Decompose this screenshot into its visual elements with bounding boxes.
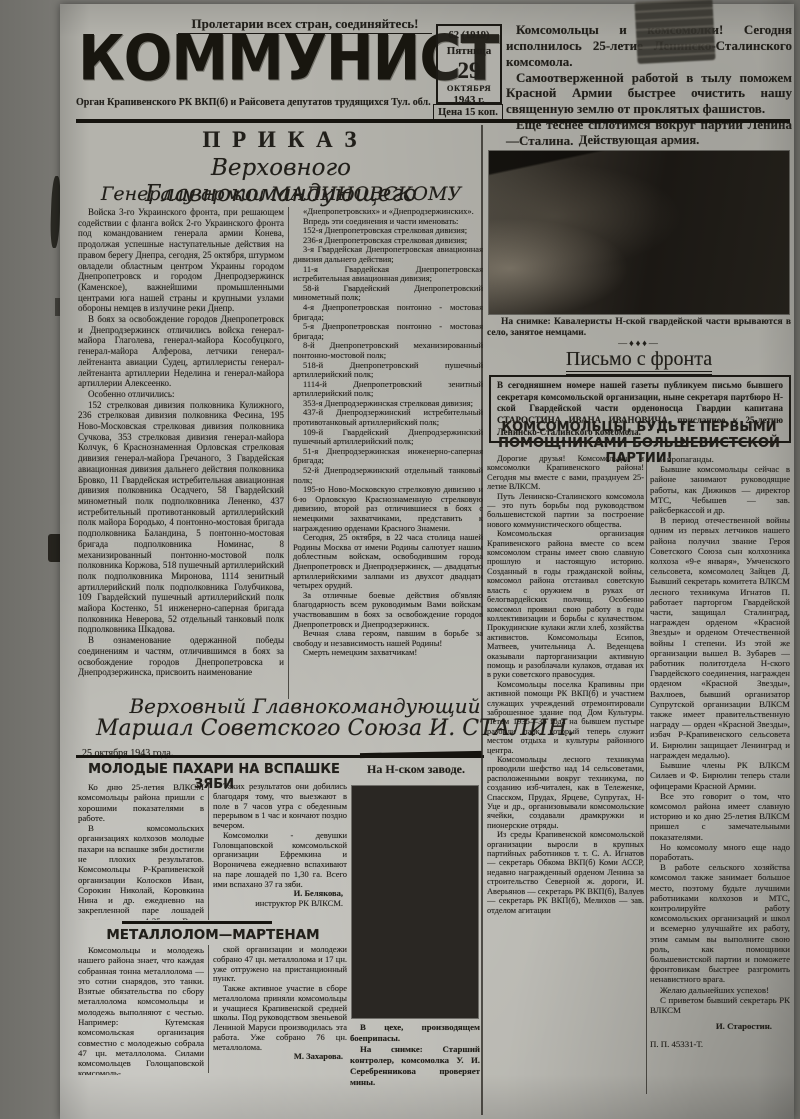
metal-paragraph: Также активное участие в сборе металлоло… [213,984,347,1052]
prikaz-paragraph: 1114-й Днепропетровский зенитный артилле… [293,380,483,399]
caption-line: На снимке: Старший контролер, комсомолка… [350,1044,480,1088]
metal-byline: М. Захарова. [213,1052,347,1062]
prikaz-paragraph: Сегодня, 25 октября, в 22 часа столица н… [293,533,483,591]
letter-paragraph: Бывшие комсомольцы сейчас в районе заним… [650,464,790,515]
army-photo [489,151,789,314]
prikaz-paragraph: Смерть немецким захватчикам! [293,648,483,658]
prikaz-paragraph: 51-я Днепродзержинская инженерно-саперна… [293,447,483,466]
pahari-column-1: Ко дню 25-летия ВЛКСМ комсомольцы района… [78,782,204,920]
prikaz-paragraph: 109-й Гвардейский Днепродзержинский пуше… [293,428,483,447]
metal-paragraph: Комсомольцы и молодежь нашего района зна… [78,945,204,1075]
letter-paragraph: Дорогие друзья! Комсомольцы и комсомолки… [487,454,644,492]
army-header: Действующая армия. [487,133,791,148]
prikaz-paragraph: 52-й Днепродзержинский отдельный танковы… [293,466,483,485]
issue-number: 62 (1919) [438,30,500,42]
letter-paragraph: и пропаганды. [650,454,790,464]
prikaz-title: П Р И К А З [78,127,484,153]
column-divider [288,207,289,699]
prikaz-paragraph: 11-я Гвардейская Днепропетровская истреб… [293,265,483,284]
letter-paragraph: Комсомольская организация Крапивенского … [487,529,644,680]
factory-photo-caption: В цехе, производящем боеприпасы.На снимк… [350,1022,480,1088]
letter-imprint: П. П. 45331-Т. [650,1039,790,1049]
letter-paragraph: Но комсомолу много еще надо поработать. [650,842,790,862]
letter-paragraph: В период отечественной войны одним из пе… [650,515,790,760]
prikaz-paragraph: 152 стрелковая дивизия полковника Кулижн… [78,400,284,635]
prikaz-paragraph: 518-й Днепропетровский пушечный артиллер… [293,361,483,380]
prikaz-paragraph: 3-я Гвардейская Днепропетровская авиацио… [293,245,483,264]
prikaz-paragraph: Войска 3-го Украинского фронта, при реша… [78,207,284,314]
letter-paragraph: В работе сельского хозяйства комсомол та… [650,862,790,984]
editorial-paragraph: Самоотверженной работой в тылу поможем К… [506,70,792,118]
prikaz-column-2: «Днепропетровских» и «Днепродзержинских»… [293,207,483,699]
prikaz-paragraph: 195-ю Ново-Московскую стрелковую дивизию… [293,485,483,533]
masthead-title: КОММУНИСТ [78,28,447,91]
letter-paragraph: Комсомольцы лесного техникума проводили … [487,755,644,830]
newspaper-page: Пролетарии всех стран, соединяйтесь! КОМ… [60,4,794,1119]
prikaz-paragraph: 437-й Днепродзержинский истребительный п… [293,408,483,427]
letter-column-1: Дорогие друзья! Комсомольцы и комсомолки… [487,454,644,1066]
prikaz-signature-name: Маршал Советского Союза И. СТАЛИН. [96,716,496,741]
pahari-byline-role: инструктор РК ВЛКСМ. [213,899,347,909]
metal-column-2-text: ской организации и молодежи собрано 47 ц… [213,945,347,1052]
library-stamp [634,0,715,64]
prikaz-paragraph: 4-я Днепропетровская понтонно - мостовая… [293,303,483,322]
letter-paragraph: Из среды Крапивенской комсомольской орга… [487,830,644,915]
letter-paragraph: Желаю дальнейших успехов! [650,985,790,995]
letter-section-title: Письмо с фронта [487,348,791,371]
pahari-column-2: Таких результатов они добились благодаря… [213,782,347,920]
issue-month: ОКТЯБРЯ [438,84,500,93]
caption-line: В цехе, производящем боеприпасы. [350,1022,480,1044]
prikaz-paragraph: 8-й Днепропетровский механизированный по… [293,341,483,360]
header-rule [76,119,790,123]
letter-column-2: и пропаганды.Бывшие комсомольцы сейчас в… [650,454,790,1106]
caption-line: На снимке: Кавалеристы Н-ской гвардейско… [487,317,791,340]
pahari-paragraph: Комсомолки - девушки Головщаповской комс… [213,831,347,890]
prikaz-paragraph: За отличные боевые действия об'являю бла… [293,591,483,629]
metal-column-2: ской организации и молодежи собрано 47 ц… [213,945,347,1075]
prikaz-subtitle-2: Генералу армии МАЛИНОВСКОМУ [78,183,484,205]
pahari-column-2-text: Таких результатов они добились благодаря… [213,782,347,889]
letter-signature: И. Старостин. [650,1021,776,1031]
letter-paragraph: С приветом бывший секретарь РК ВЛКСМ [650,995,790,1015]
prikaz-signature-title: Верховный Главнокомандующий [120,694,490,718]
diamond-divider: —♦♦♦— [487,338,791,348]
prikaz-paragraph: 5-я Днепропетровская понтонно - мостовая… [293,322,483,341]
column-divider [646,454,647,1094]
issue-date-box: 62 (1919) Пятница 29 ОКТЯБРЯ 1943 г. [436,24,502,104]
factory-photo-header: На Н-ском заводе. [352,762,480,777]
letter-column-2-text: и пропаганды.Бывшие комсомольцы сейчас в… [650,454,790,1015]
pahari-paragraph: В комсомольских организациях колхозов мо… [78,823,204,920]
column-divider [208,782,209,920]
issue-weekday: Пятница [438,45,500,57]
letter-paragraph: Бывшие члены РК ВЛКСМ Силаев и Ф. Бирюли… [650,760,790,791]
section-rule [122,921,272,924]
prikaz-paragraph: 58-й Гвардейский Днепропетровский миноме… [293,284,483,303]
issue-day: 29 [438,58,500,83]
prikaz-paragraph: В ознаменование одержанной победы соедин… [78,635,284,678]
factory-photo [352,786,478,1018]
prikaz-paragraph: Особенно отличились: [78,389,284,400]
letter-paragraph: Путь Ленинско-Сталинского комсомола — эт… [487,492,644,530]
newspaper-scan: Пролетарии всех стран, соединяйтесь! КОМ… [0,0,800,1119]
metal-column-1: Комсомольцы и молодежь нашего района зна… [78,945,204,1075]
prikaz-paragraph: В боях за освобождение городов Днепропет… [78,314,284,389]
pahari-paragraph: Ко дню 25-летия ВЛКСМ комсомольцы района… [78,782,204,823]
main-column-divider [481,125,483,1115]
letter-paragraph: Все это говорит о том, что комсомол райо… [650,791,790,842]
letter-paragraph: Комсомольцы поселка Крапивны при активно… [487,680,644,755]
army-photo-caption: На снимке: Кавалеристы Н-ской гвардейско… [487,317,791,340]
metal-headline: МЕТАЛЛОЛОМ—МАРТЕНАМ [78,927,348,943]
prikaz-column-1: Войска 3-го Украинского фронта, при реша… [78,207,284,699]
pahari-paragraph: Таких результатов они добились благодаря… [213,782,347,831]
masthead-subtitle: Орган Крапивенского РК ВКП(б) и Райсовет… [76,97,442,108]
column-divider [208,945,209,1073]
letter-section-title-text: Письмо с фронта [566,348,712,375]
metal-paragraph: ской организации и молодежи собрано 47 ц… [213,945,347,984]
prikaz-paragraph: Вечная слава героям, павшим в борьбе за … [293,629,483,648]
